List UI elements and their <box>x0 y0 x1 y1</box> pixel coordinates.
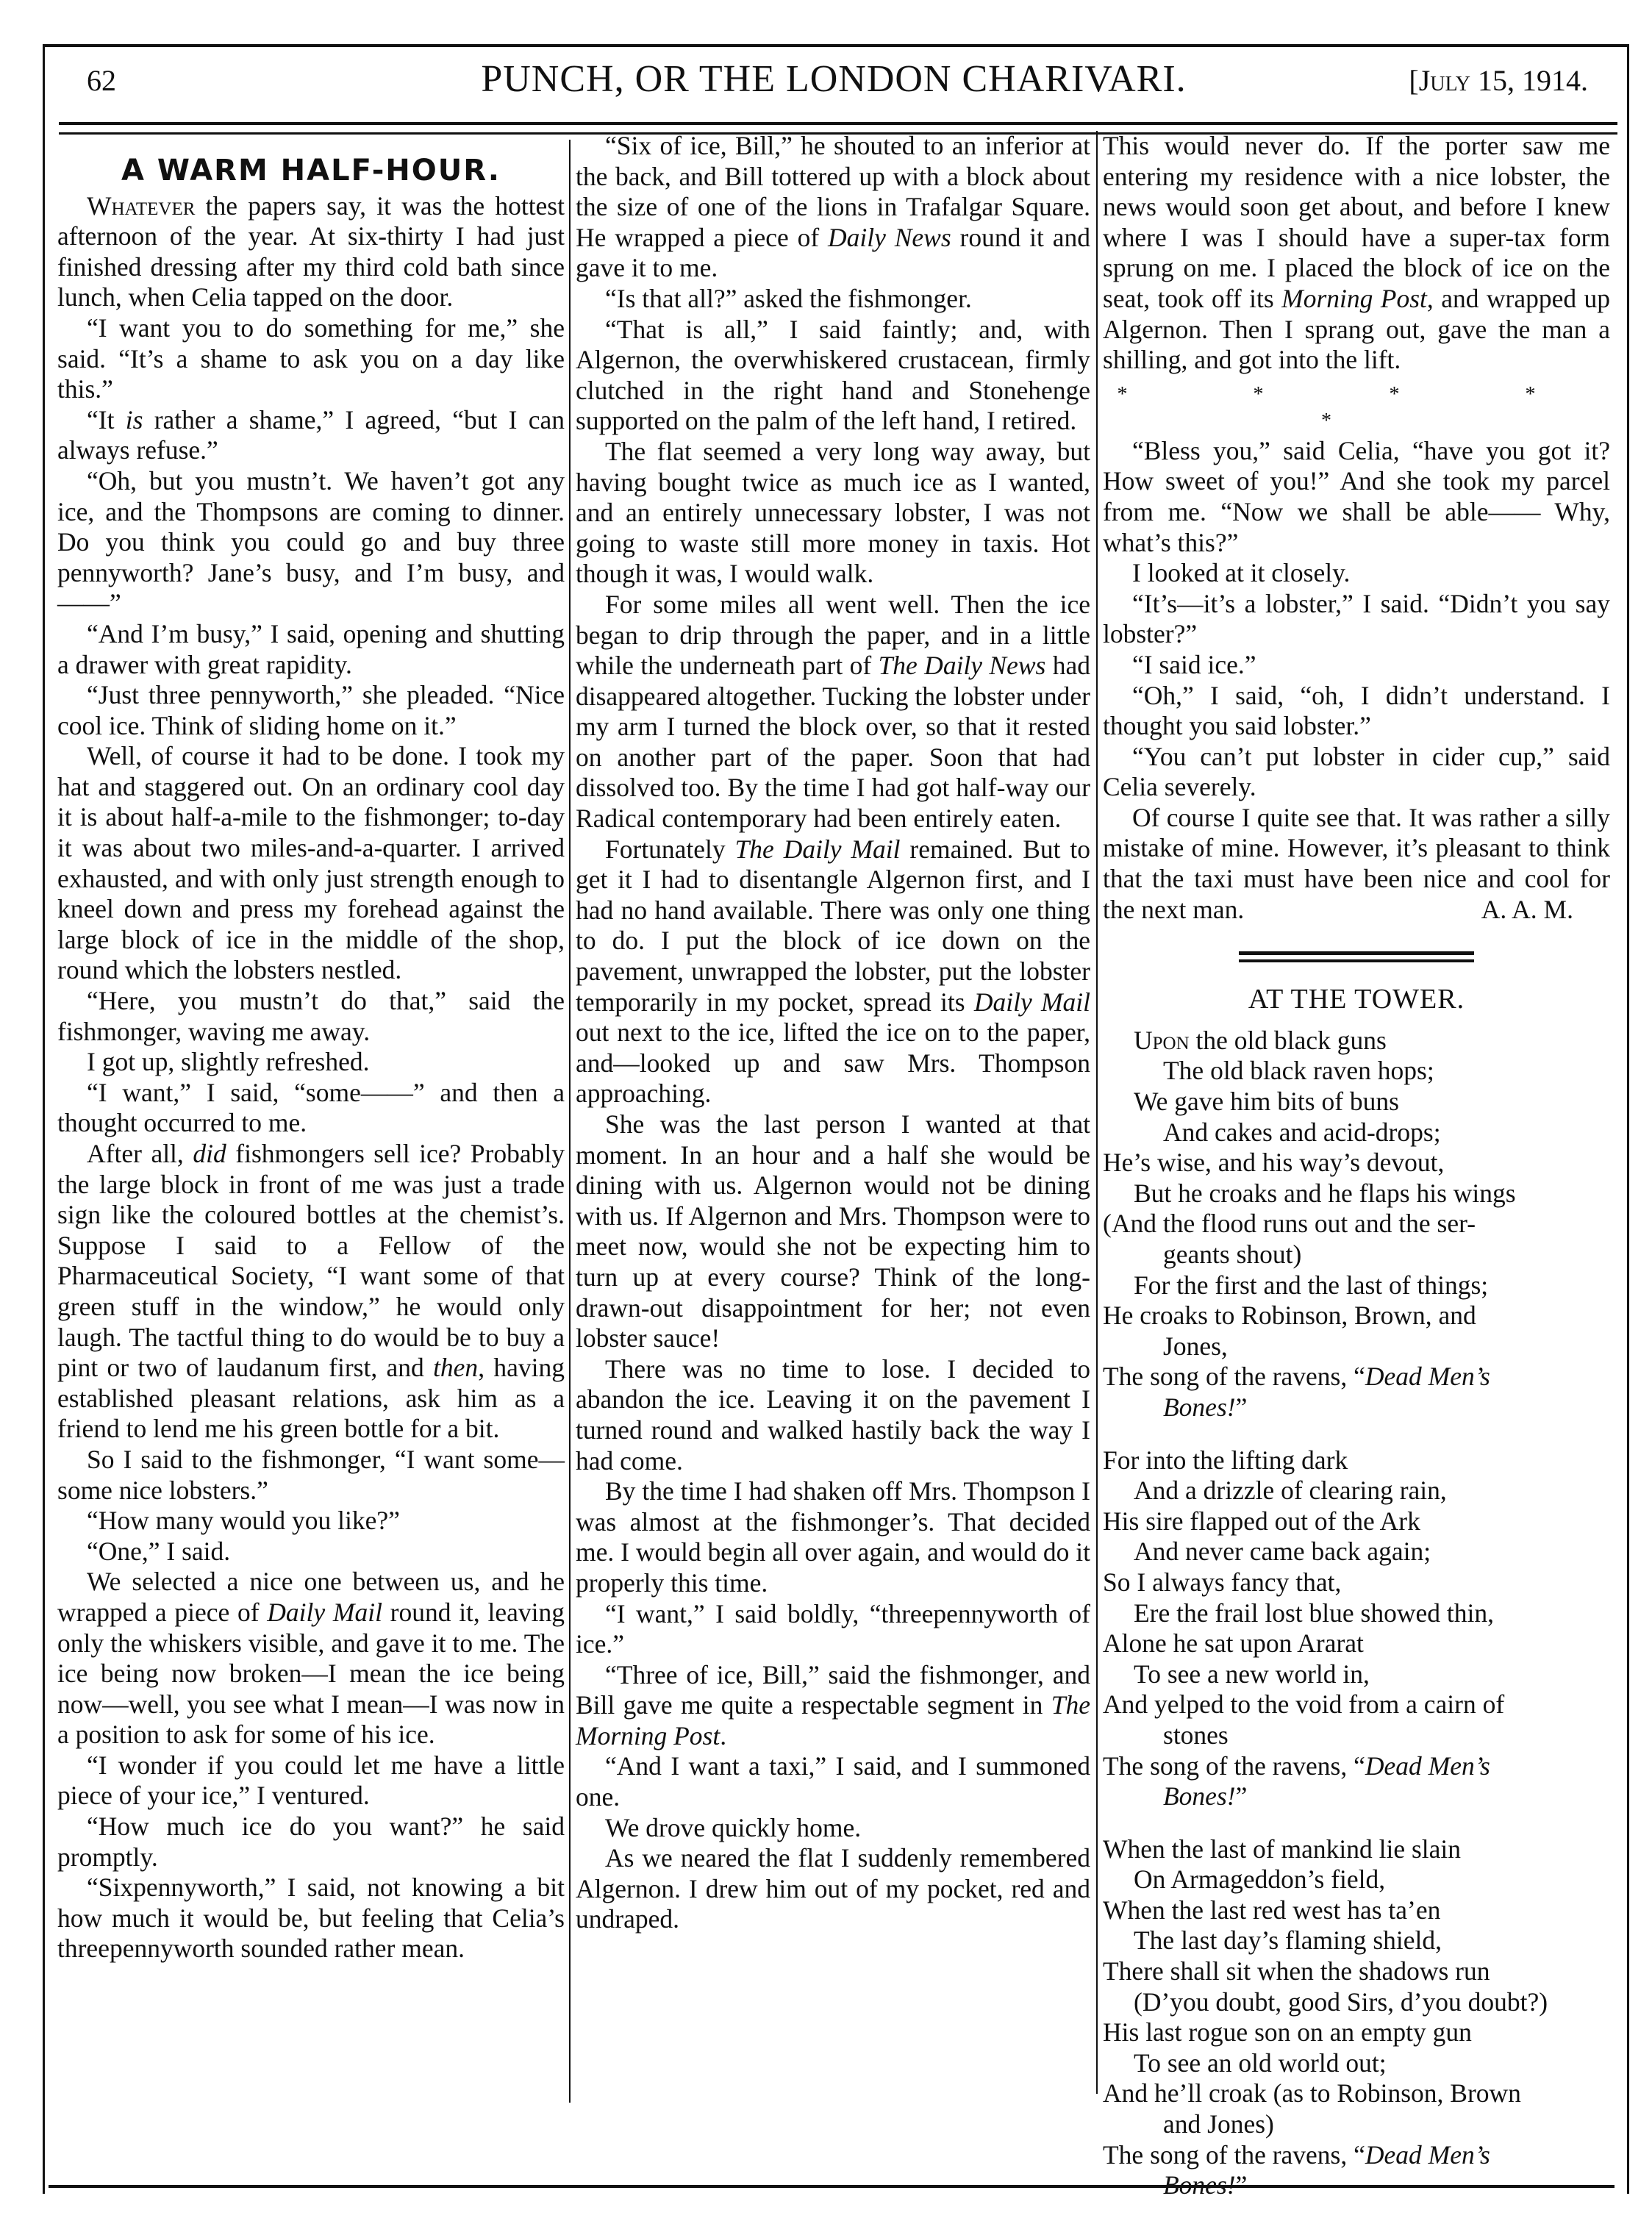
text-run: There shall sit when the shadows run <box>1103 1956 1490 1986</box>
poem-line: The song of the ravens, “Dead Men’s <box>1103 1362 1610 1392</box>
poem-line: Bones!” <box>1103 1392 1610 1423</box>
text-run: The flat seemed a very long way away, bu… <box>576 437 1090 588</box>
author-signature: A. A. M. <box>1452 895 1573 926</box>
text-run: “You can’t put lobster in cider cup,” sa… <box>1103 742 1610 802</box>
column-2: “Six of ice, Bill,” he shouted to an inf… <box>576 131 1090 1935</box>
text-run: I looked at it closely. <box>1132 558 1350 587</box>
italic-text: Bones! <box>1163 1392 1236 1422</box>
text-run: The song of the ravens, “ <box>1103 2140 1365 2170</box>
italic-text: Dead Men’s <box>1365 2140 1490 2170</box>
article-paragraph: By the time I had shaken off Mrs. Thomps… <box>576 1476 1090 1598</box>
text-run: And he’ll croak (as to Robinson, Brown <box>1103 2078 1521 2108</box>
poem-line: The old black raven hops; <box>1103 1056 1610 1087</box>
article-paragraph: We selected a nice one between us, and h… <box>57 1567 565 1750</box>
text-run: “How much ice do you want?” he said prom… <box>57 1812 565 1872</box>
column-divider <box>569 140 571 2103</box>
article-paragraph: “And I’m busy,” I said, opening and shut… <box>57 619 565 680</box>
text-run: His sire flapped out of the Ark <box>1103 1506 1420 1536</box>
poem-line: His last rogue son on an empty gun <box>1103 2017 1610 2048</box>
italic-text: Dead Men’s <box>1365 1362 1490 1391</box>
poem-line: On Armageddon’s field, <box>1103 1864 1610 1895</box>
text-run: So I said to the fishmonger, “I want som… <box>57 1445 565 1505</box>
text-run: He croaks to Robinson, Brown, and <box>1103 1301 1476 1330</box>
poem-line: (D’you doubt, good Sirs, d’you doubt?) <box>1103 1987 1610 2018</box>
text-run: “Oh,” I said, “oh, I didn’t understand. … <box>1103 681 1610 741</box>
text-run: geants shout) <box>1163 1240 1301 1269</box>
article-paragraph: “I want,” I said, “some——” and then a th… <box>57 1078 565 1139</box>
italic-text: The Daily News <box>879 651 1046 680</box>
text-run: By the time I had shaken off Mrs. Thomps… <box>576 1476 1090 1598</box>
section-divider <box>1239 951 1474 962</box>
poem-line: Alone he sat upon Ararat <box>1103 1628 1610 1659</box>
article-paragraph: “Three of ice, Bill,” said the fishmonge… <box>576 1660 1090 1752</box>
article-paragraph: There was no time to lose. I decided to … <box>576 1354 1090 1476</box>
text-run: I got up, slightly refreshed. <box>87 1047 370 1076</box>
article-paragraph: “I want,” I said boldly, “threepennywort… <box>576 1599 1090 1660</box>
column-1: A WARM HALF-HOUR. Whatever the papers sa… <box>57 147 565 1964</box>
poem-body: Upon the old black gunsThe old black rav… <box>1103 1026 1610 2201</box>
poem-line: When the last of mankind lie slain <box>1103 1834 1610 1865</box>
masthead-rule <box>59 122 1617 125</box>
article-paragraph: The flat seemed a very long way away, bu… <box>576 437 1090 590</box>
poem-line: He croaks to Robinson, Brown, and <box>1103 1301 1610 1331</box>
text-run: She was the last person I wanted at that… <box>576 1109 1090 1353</box>
poem-line: Ere the frail lost blue showed thin, <box>1103 1598 1610 1629</box>
text-run: “Oh, but you mustn’t. We haven’t got any… <box>57 466 565 618</box>
italic-text: Daily News <box>828 223 951 252</box>
text-run: To see a new world in, <box>1134 1659 1370 1689</box>
article-paragraph: “Here, you mustn’t do that,” said the fi… <box>57 986 565 1047</box>
article-paragraph: “Sixpennyworth,” I said, not knowing a b… <box>57 1873 565 1964</box>
poem-line: For the first and the last of things; <box>1103 1270 1610 1301</box>
text-run: out next to the ice, lifted the ice on t… <box>576 1017 1090 1108</box>
article-paragraph: As we neared the flat I suddenly remembe… <box>576 1843 1090 1935</box>
text-run: “That is all,” I said faintly; and, with… <box>576 315 1090 436</box>
article-paragraph: I looked at it closely. <box>1103 558 1610 589</box>
article-paragraph: “You can’t put lobster in cider cup,” sa… <box>1103 742 1610 803</box>
poem-line: Jones, <box>1103 1331 1610 1362</box>
column-2-body: “Six of ice, Bill,” he shouted to an inf… <box>576 131 1090 1935</box>
text-run: We drove quickly home. <box>605 1813 861 1842</box>
text-run: After all, <box>87 1139 193 1168</box>
text-run: stones <box>1163 1720 1229 1750</box>
poem-line: (And the flood runs out and the ser- <box>1103 1209 1610 1240</box>
section-break-stars: * * * * * <box>1103 382 1610 434</box>
text-run: The old black raven hops; <box>1163 1056 1434 1085</box>
article-paragraph: “I want you to do something for me,” she… <box>57 313 565 405</box>
poem-stanza: When the last of mankind lie slainOn Arm… <box>1103 1834 1610 2201</box>
poem-line: We gave him bits of buns <box>1103 1087 1610 1117</box>
poem-line: geants shout) <box>1103 1240 1610 1270</box>
poem-line: Upon the old black guns <box>1103 1026 1610 1056</box>
column-1-body: Whatever the papers say, it was the hott… <box>57 191 565 1964</box>
poem-line: There shall sit when the shadows run <box>1103 1956 1610 1987</box>
small-caps-opening: Upon <box>1134 1026 1190 1055</box>
text-run: The song of the ravens, “ <box>1103 1751 1365 1781</box>
small-caps-opening: Whatever <box>87 191 195 221</box>
poem-line: And yelped to the void from a cairn of <box>1103 1689 1610 1720</box>
article-paragraph: “Just three pennyworth,” she pleaded. “N… <box>57 680 565 741</box>
article-paragraph: Of course I quite see that. It was rathe… <box>1103 803 1610 925</box>
article-paragraph: “It’s—it’s a lobster,” I said. “Didn’t y… <box>1103 589 1610 650</box>
article-paragraph: “Oh,” I said, “oh, I didn’t understand. … <box>1103 681 1610 742</box>
article-paragraph: “And I want a taxi,” I said, and I summo… <box>576 1751 1090 1812</box>
text-run: “Three of ice, Bill,” said the fishmonge… <box>576 1660 1090 1720</box>
issue-date: [July 15, 1914. <box>1409 63 1588 98</box>
text-run: And never came back again; <box>1134 1537 1431 1566</box>
text-run: His last rogue son on an empty gun <box>1103 2017 1472 2047</box>
text-run: “It <box>87 405 126 434</box>
text-run: And cakes and acid-drops; <box>1163 1117 1441 1147</box>
poem-line: And he’ll croak (as to Robinson, Brown <box>1103 2078 1610 2109</box>
italic-text: did <box>193 1139 226 1168</box>
text-run: “Is that all?” asked the fishmonger. <box>605 284 972 313</box>
article-paragraph: “I said ice.” <box>1103 650 1610 681</box>
poem: AT THE TOWER. Upon the old black gunsThe… <box>1103 984 1610 2201</box>
poem-stanza: For into the lifting darkAnd a drizzle o… <box>1103 1445 1610 1812</box>
article-paragraph: “Six of ice, Bill,” he shouted to an inf… <box>576 131 1090 284</box>
text-run: For into the lifting dark <box>1103 1445 1348 1475</box>
article-paragraph: “Is that all?” asked the fishmonger. <box>576 284 1090 315</box>
article-paragraph: She was the last person I wanted at that… <box>576 1109 1090 1354</box>
italic-text: is <box>126 405 143 434</box>
text-run: Fortunately <box>605 834 735 864</box>
poem-title: AT THE TOWER. <box>1103 984 1610 1015</box>
article-paragraph: This would never do. If the porter saw m… <box>1103 131 1610 376</box>
poem-line: The song of the ravens, “Dead Men’s <box>1103 1751 1610 1782</box>
article-paragraph: “How many would you like?” <box>57 1506 565 1537</box>
column-3: This would never do. If the porter saw m… <box>1103 131 1610 2221</box>
poem-stanza: Upon the old black gunsThe old black rav… <box>1103 1026 1610 1423</box>
text-run: (And the flood runs out and the ser- <box>1103 1209 1476 1238</box>
text-run: Jones, <box>1163 1331 1228 1361</box>
text-run: “Here, you mustn’t do that,” said the fi… <box>57 986 565 1046</box>
italic-text: Daily Mail <box>974 987 1090 1017</box>
text-run: “I want,” I said boldly, “threepennywort… <box>576 1599 1090 1659</box>
text-run: When the last of mankind lie slain <box>1103 1834 1461 1864</box>
text-run: . <box>720 1721 726 1750</box>
poem-line: But he croaks and he flaps his wings <box>1103 1179 1610 1209</box>
text-run: ” <box>1236 1392 1248 1422</box>
text-run: and Jones) <box>1163 2109 1274 2139</box>
poem-line: For into the lifting dark <box>1103 1445 1610 1476</box>
text-run: “I want,” I said, “some——” and then a th… <box>57 1078 565 1138</box>
article-paragraph: We drove quickly home. <box>576 1813 1090 1844</box>
text-run: the old black guns <box>1190 1026 1387 1055</box>
text-run: “Just three pennyworth,” she pleaded. “N… <box>57 680 565 740</box>
text-run: The song of the ravens, “ <box>1103 1362 1365 1391</box>
column-3-body: This would never do. If the porter saw m… <box>1103 131 1610 925</box>
poem-line: The song of the ravens, “Dead Men’s <box>1103 2140 1610 2171</box>
text-run: (D’you doubt, good Sirs, d’you doubt?) <box>1134 1987 1548 2017</box>
poem-line: So I always fancy that, <box>1103 1567 1610 1598</box>
article-paragraph: For some miles all went well. Then the i… <box>576 590 1090 834</box>
article-paragraph: “It is rather a shame,” I agreed, “but I… <box>57 405 565 466</box>
publication-title: PUNCH, OR THE LONDON CHARIVARI. <box>43 57 1625 101</box>
poem-line: He’s wise, and his way’s devout, <box>1103 1148 1610 1179</box>
text-run: “How many would you like?” <box>87 1506 400 1535</box>
text-run: Alone he sat upon Ararat <box>1103 1628 1364 1658</box>
italic-text: Dead Men’s <box>1365 1751 1490 1781</box>
article-paragraph: So I said to the fishmonger, “I want som… <box>57 1445 565 1506</box>
text-run: But he croaks and he flaps his wings <box>1134 1179 1516 1208</box>
text-run: We gave him bits of buns <box>1134 1087 1399 1116</box>
article-paragraph: “That is all,” I said faintly; and, with… <box>576 315 1090 437</box>
article-title: A WARM HALF-HOUR. <box>57 156 565 187</box>
text-run: He’s wise, and his way’s devout, <box>1103 1148 1444 1177</box>
text-run: “I want you to do something for me,” she… <box>57 313 565 404</box>
text-run: ” <box>1236 1781 1248 1811</box>
poem-line: And cakes and acid-drops; <box>1103 1117 1610 1148</box>
article-paragraph: Well, of course it had to be done. I too… <box>57 741 565 986</box>
article-paragraph: After all, did fishmongers sell ice? Pro… <box>57 1139 565 1445</box>
article-paragraph: “Oh, but you mustn’t. We haven’t got any… <box>57 466 565 619</box>
text-run: “And I want a taxi,” I said, and I summo… <box>576 1751 1090 1812</box>
text-run: “I said ice.” <box>1132 650 1256 679</box>
text-run: When the last red west has ta’en <box>1103 1895 1440 1925</box>
column-divider <box>1096 131 1098 2094</box>
poem-line: Bones!” <box>1103 1781 1610 1812</box>
italic-text: Morning Post <box>1281 284 1427 313</box>
text-run: “Bless you,” said Celia, “have you got i… <box>1103 436 1610 557</box>
text-run: On Armageddon’s field, <box>1134 1864 1385 1894</box>
text-run: As we neared the flat I suddenly remembe… <box>576 1843 1090 1934</box>
poem-line: The last day’s flaming shield, <box>1103 1925 1610 1956</box>
italic-text: Daily Mail <box>267 1598 382 1627</box>
text-run: “It’s—it’s a lobster,” I said. “Didn’t y… <box>1103 589 1610 649</box>
poem-line: When the last red west has ta’en <box>1103 1895 1610 1926</box>
italic-text: Bones! <box>1163 1781 1236 1811</box>
italic-text: The Daily Mail <box>735 834 901 864</box>
poem-line: To see a new world in, <box>1103 1659 1610 1690</box>
article-paragraph: “Bless you,” said Celia, “have you got i… <box>1103 436 1610 558</box>
text-run: fishmongers sell ice? Probably the large… <box>57 1139 565 1382</box>
text-run: “And I’m busy,” I said, opening and shut… <box>57 619 565 679</box>
poem-line: And a drizzle of clearing rain, <box>1103 1476 1610 1506</box>
article-paragraph: “I wonder if you could let me have a lit… <box>57 1750 565 1812</box>
poem-line: stones <box>1103 1720 1610 1751</box>
article-paragraph: “One,” I said. <box>57 1537 565 1567</box>
page-bottom-rule <box>49 2185 1615 2188</box>
text-run: And yelped to the void from a cairn of <box>1103 1689 1504 1719</box>
text-run: So I always fancy that, <box>1103 1567 1341 1597</box>
text-run: For the first and the last of things; <box>1134 1270 1488 1300</box>
masthead: 62 PUNCH, OR THE LONDON CHARIVARI. [July… <box>43 47 1625 121</box>
poem-line: His sire flapped out of the Ark <box>1103 1506 1610 1537</box>
poem-line: And never came back again; <box>1103 1537 1610 1567</box>
text-run: To see an old world out; <box>1134 2048 1387 2078</box>
text-run: “One,” I said. <box>87 1537 230 1566</box>
article-paragraph: Fortunately The Daily Mail remained. But… <box>576 834 1090 1109</box>
text-run: There was no time to lose. I decided to … <box>576 1354 1090 1476</box>
article-paragraph: I got up, slightly refreshed. <box>57 1047 565 1078</box>
text-run: Ere the frail lost blue showed thin, <box>1134 1598 1494 1628</box>
text-run: The last day’s flaming shield, <box>1134 1925 1442 1955</box>
poem-line: and Jones) <box>1103 2109 1610 2140</box>
italic-text: then <box>433 1353 478 1382</box>
text-run: And a drizzle of clearing rain, <box>1134 1476 1447 1505</box>
article-paragraph: “How much ice do you want?” he said prom… <box>57 1812 565 1873</box>
poem-line: To see an old world out; <box>1103 2048 1610 2079</box>
text-run: Well, of course it had to be done. I too… <box>57 741 565 984</box>
text-run: “I wonder if you could let me have a lit… <box>57 1750 565 1811</box>
text-run: “Sixpennyworth,” I said, not knowing a b… <box>57 1873 565 1963</box>
article-paragraph: Whatever the papers say, it was the hott… <box>57 191 565 313</box>
